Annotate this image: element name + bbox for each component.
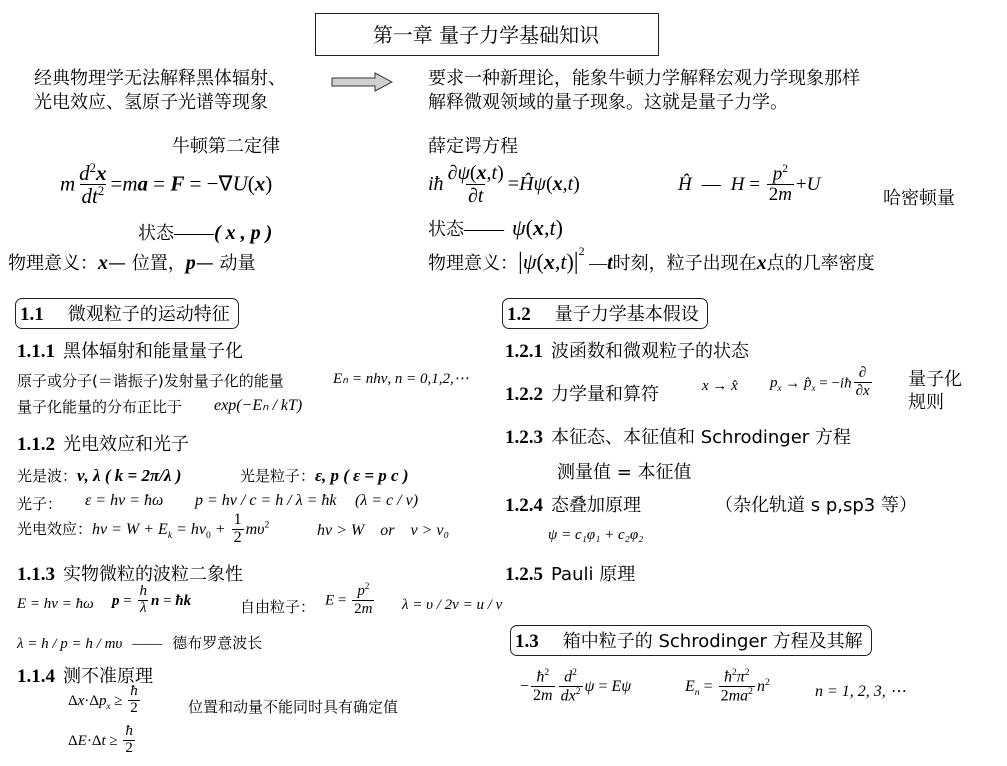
state-label: 状态 <box>138 223 174 244</box>
uncertainty-eq1: Δx·Δpx ≥ ħ2 <box>68 684 142 717</box>
subsection-1-2-1: 1.2.1波函数和微观粒子的状态 <box>505 337 749 363</box>
subsection-1-1-3: 1.1.3实物微粒的波粒二象性 <box>17 560 243 586</box>
photoelectric-line: 光电效应：hν = W + Ek = hν0 + 12mυ2 <box>17 512 269 547</box>
newton-state: 状态——( x , p ) <box>138 219 272 245</box>
chapter-title: 第一章 量子力学基础知识 <box>315 19 657 48</box>
light-wave-line: 光是波：ν, λ ( k = 2π/λ ) <box>17 465 181 486</box>
light-particle-line: 光是粒子：ε, p ( ε = p c ) <box>240 465 409 486</box>
hamiltonian-label: 哈密顿量 <box>883 184 955 210</box>
blackbody-line1: 原子或分子(＝谐振子)发射量子化的能量 <box>17 370 284 391</box>
superposition-eq: ψ = c₁φ₁ + c₂φ₂ <box>548 527 643 544</box>
intro-right-line2: 解释微观领域的量子现象。这就是量子力学。 <box>428 88 788 114</box>
subsection-1-2-2: 1.2.2力学量和算符 <box>505 380 659 406</box>
box-n-values: n = 1, 2, 3, ⋯ <box>815 681 906 701</box>
subsection-1-2-3: 1.2.3本征态、本征值和 Schrodinger 方程 <box>505 423 851 449</box>
schrodinger-meaning: 物理意义：|ψ(x,t)|2 —t时刻，粒子出现在x点的几率密度 <box>428 244 875 276</box>
operator-x: x → x̂ <box>702 378 738 395</box>
state-value: ( x , p ) <box>214 222 272 244</box>
wavelength-eq: λ = υ / 2ν = u / ν <box>402 597 502 614</box>
quantization-note2: 规则 <box>908 388 944 414</box>
photon-eq1: ε = hν = ħω <box>85 492 163 510</box>
operator-p: px → p̂x = −iħ∂∂x <box>770 366 874 400</box>
photon-eq3: (λ = c / ν) <box>355 492 418 510</box>
photoelectric-condition: hν > W or ν > ν₀ <box>317 522 449 540</box>
newton-meaning: 物理意义：x— 位置，p— 动量 <box>8 249 255 275</box>
uncertainty-eq2: ΔE·Δt ≥ ħ2 <box>68 724 137 757</box>
measurement-eigenvalue: 测量值 = 本征值 <box>557 458 692 484</box>
blackbody-line2: 量子化能量的分布正比于 <box>17 396 182 417</box>
photon-eq2: p = hν / c = h / λ = ħk <box>195 492 337 510</box>
box-schrodinger-eq: −ħ22md2dx2ψ = Eψ <box>520 668 631 705</box>
blackbody-eq2: exp(−Eₙ / kT) <box>214 395 302 415</box>
free-particle-label: 自由粒子： <box>240 596 315 617</box>
hamiltonian-equation: Ĥ—H = p22m+U <box>678 164 820 205</box>
state-dash: —— <box>174 222 214 244</box>
uncertainty-desc: 位置和动量不能同时具有确定值 <box>188 696 398 717</box>
box-energy-eq: En = ħ2π22ma2n2 <box>685 668 770 705</box>
hybrid-orbital-note: （杂化轨道 s p,sp3 等） <box>715 491 917 517</box>
subsection-1-2-4: 1.2.4态叠加原理 <box>505 491 641 517</box>
intro-left-line1: 经典物理学无法解释黑体辐射、 <box>34 64 286 90</box>
subsection-1-2-5: 1.2.5Pauli 原理 <box>505 560 635 586</box>
blackbody-eq1: Eₙ = nhν, n = 0,1,2,⋯ <box>333 369 469 388</box>
schrodinger-state: 状态——ψ(x,t) <box>428 215 563 241</box>
section-1-1-header: 1.1微观粒子的运动特征 <box>15 298 239 329</box>
wave-particle-eq1: E = hν = ħω <box>17 596 94 613</box>
newton-heading: 牛顿第二定律 <box>172 132 280 158</box>
schrodinger-heading: 薛定谔方程 <box>428 132 518 158</box>
section-1-2-header: 1.2量子力学基本假设 <box>502 298 708 329</box>
momentum-eq: p = hλn = ħk <box>112 584 191 617</box>
newton-equation: md2xdt2=ma = F = −∇U(x) <box>60 162 272 207</box>
intro-right-line1: 要求一种新理论，能象牛顿力学解释宏观力学现象那样 <box>428 64 860 90</box>
free-particle-eq: E = p22m <box>325 582 376 618</box>
photon-label: 光子： <box>17 493 62 514</box>
schrodinger-equation: iħ∂ψ(x,t)∂t=Ĥψ(x,t) <box>428 162 580 207</box>
right-arrow-icon <box>331 72 393 92</box>
intro-left-line2: 光电效应、氢原子光谱等现象 <box>34 88 268 114</box>
subsection-1-1-2: 1.1.2光电效应和光子 <box>17 430 189 456</box>
de-broglie-line: λ = h / p = h / mυ——德布罗意波长 <box>17 632 262 653</box>
section-1-3-header: 1.3箱中粒子的 Schrodinger 方程及其解 <box>510 625 872 656</box>
subsection-1-1-1: 1.1.1黑体辐射和能量量子化 <box>17 337 243 363</box>
